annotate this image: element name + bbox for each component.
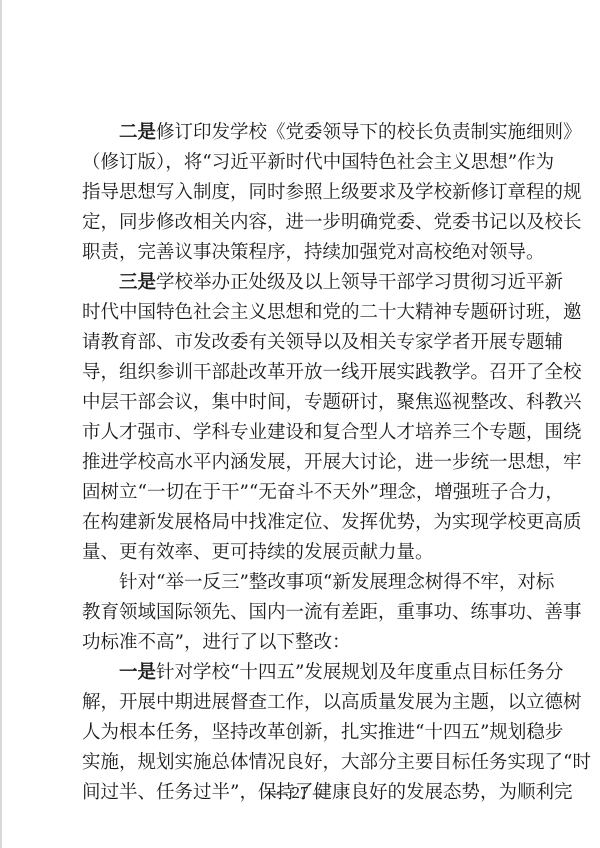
paragraph-lead: 二是	[119, 122, 156, 143]
document-body: 二是修订印发学校《党委领导下的校长负责制实施细则》 （修订版），将“习近平新时代…	[82, 118, 524, 808]
page-number: — 27 —	[0, 783, 600, 803]
paragraph-lead: 三是	[119, 272, 156, 293]
text-line: 实施，规划实施总体情况良好，大部分主要目标任务实现了“时	[82, 748, 524, 778]
scan-edge	[0, 0, 2, 848]
text-line: 请教育部、市发改委有关领导以及相关专家学者开展专题辅	[82, 328, 524, 358]
text-line: 导，组织参训干部赴改革开放一线开展实践教学。召开了全校	[82, 358, 524, 388]
text-line: （修订版），将“习近平新时代中国特色社会主义思想”作为	[82, 148, 524, 178]
text-line: 一是针对学校“十四五”发展规划及年度重点目标任务分	[82, 658, 524, 688]
text-line: 推进学校高水平内涵发展，开展大讨论，进一步统一思想，牢	[82, 448, 524, 478]
text-line: 固树立“一切在于干”“无奋斗不天外”理念，增强班子合力，	[82, 478, 524, 508]
text-line: 教育领域国际领先、国内一流有差距，重事功、练事功、善事	[82, 598, 524, 628]
text-line: 职责，完善议事决策程序，持续加强党对高校绝对领导。	[82, 238, 524, 268]
text-line: 人为根本任务，坚持改革创新，扎实推进“十四五”规划稳步	[82, 718, 524, 748]
text-line: 解，开展中期进展督查工作，以高质量发展为主题，以立德树	[82, 688, 524, 718]
text-line: 时代中国特色社会主义思想和党的二十大精神专题研讨班，邀	[82, 298, 524, 328]
text-line: 指导思想写入制度，同时参照上级要求及学校新修订章程的规	[82, 178, 524, 208]
text-line: 针对“举一反三”整改事项“新发展理念树得不牢，对标	[82, 568, 524, 598]
paragraph-rectification-intro: 针对“举一反三”整改事项“新发展理念树得不牢，对标 教育领域国际领先、国内一流有…	[82, 568, 524, 658]
text-line: 在构建新发展格局中找准定位、发挥优势，为实现学校更高质	[82, 508, 524, 538]
paragraph-lead: 一是	[119, 662, 156, 683]
text-line: 市人才强市、学科专业建设和复合型人才培养三个专题，围绕	[82, 418, 524, 448]
text-line: 定，同步修改相关内容，进一步明确党委、党委书记以及校长	[82, 208, 524, 238]
text-line: 三是学校举办正处级及以上领导干部学习贯彻习近平新	[82, 268, 524, 298]
paragraph-3: 三是学校举办正处级及以上领导干部学习贯彻习近平新 时代中国特色社会主义思想和党的…	[82, 268, 524, 568]
text-line: 二是修订印发学校《党委领导下的校长负责制实施细则》	[82, 118, 524, 148]
text-line: 中层干部会议，集中时间，专题研讨，聚焦巡视整改、科教兴	[82, 388, 524, 418]
text-line: 量、更有效率、更可持续的发展贡献力量。	[82, 538, 524, 568]
paragraph-2: 二是修订印发学校《党委领导下的校长负责制实施细则》 （修订版），将“习近平新时代…	[82, 118, 524, 268]
text-line: 功标准不高”，进行了以下整改：	[82, 628, 524, 658]
